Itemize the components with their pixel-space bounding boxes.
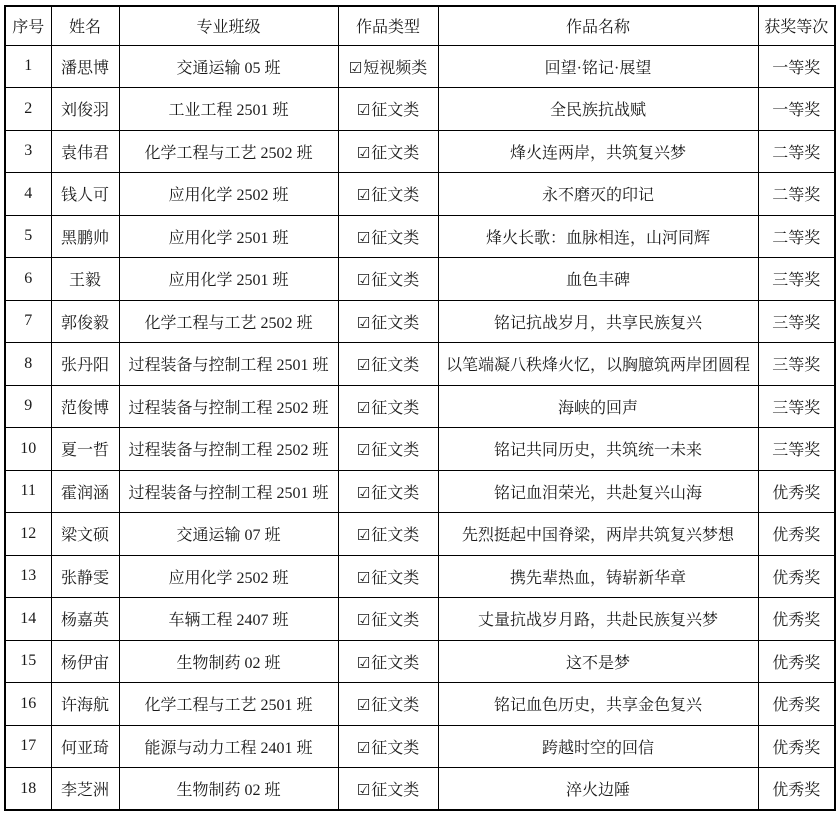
- work-type-label: 征文类: [371, 272, 419, 289]
- table-row: 13张静雯应用化学 2502 班☑征文类携先辈热血，铸崭新华章优秀奖: [5, 555, 835, 598]
- cell-name: 杨嘉英: [51, 598, 119, 641]
- table-row: 12梁文硕交通运输 07 班☑征文类先烈挺起中国脊梁，两岸共筑复兴梦想优秀奖: [5, 513, 835, 556]
- checkbox-checked-icon: ☑: [357, 569, 370, 587]
- work-type-label: 征文类: [371, 655, 419, 672]
- checkbox-checked-icon: ☑: [357, 654, 370, 672]
- cell-name: 霍润涵: [51, 470, 119, 513]
- checkbox-checked-icon: ☑: [357, 739, 370, 757]
- cell-work-type: ☑征文类: [338, 598, 438, 641]
- cell-serial: 2: [5, 88, 51, 131]
- cell-award: 三等奖: [758, 428, 835, 471]
- cell-work-title: 先烈挺起中国脊梁，两岸共筑复兴梦想: [438, 513, 758, 556]
- cell-award: 优秀奖: [758, 470, 835, 513]
- cell-work-title: 铭记抗战岁月，共享民族复兴: [438, 300, 758, 343]
- header-work-type: 作品类型: [338, 6, 438, 45]
- cell-name: 许海航: [51, 683, 119, 726]
- work-type-label: 征文类: [371, 400, 419, 417]
- cell-serial: 6: [5, 258, 51, 301]
- table-row: 3袁伟君化学工程与工艺 2502 班☑征文类烽火连两岸，共筑复兴梦二等奖: [5, 130, 835, 173]
- cell-class: 过程装备与控制工程 2501 班: [119, 343, 338, 386]
- cell-serial: 15: [5, 640, 51, 683]
- cell-serial: 7: [5, 300, 51, 343]
- cell-work-title: 铭记共同历史，共筑统一未来: [438, 428, 758, 471]
- cell-name: 郭俊毅: [51, 300, 119, 343]
- checkbox-checked-icon: ☑: [357, 101, 370, 119]
- cell-work-type: ☑征文类: [338, 258, 438, 301]
- cell-work-title: 回望·铭记·展望: [438, 45, 758, 88]
- cell-class: 生物制药 02 班: [119, 768, 338, 811]
- checkbox-checked-icon: ☑: [357, 611, 370, 629]
- checkbox-checked-icon: ☑: [357, 441, 370, 459]
- cell-name: 梁文硕: [51, 513, 119, 556]
- header-class: 专业班级: [119, 6, 338, 45]
- work-type-label: 征文类: [371, 315, 419, 332]
- work-type-label: 征文类: [371, 102, 419, 119]
- table-row: 2刘俊羽工业工程 2501 班☑征文类全民族抗战赋一等奖: [5, 88, 835, 131]
- cell-work-title: 携先辈热血，铸崭新华章: [438, 555, 758, 598]
- cell-class: 应用化学 2502 班: [119, 555, 338, 598]
- cell-award: 二等奖: [758, 130, 835, 173]
- table-row: 14杨嘉英车辆工程 2407 班☑征文类丈量抗战岁月路，共赴民族复兴梦优秀奖: [5, 598, 835, 641]
- cell-name: 刘俊羽: [51, 88, 119, 131]
- cell-name: 黑鹏帅: [51, 215, 119, 258]
- cell-serial: 9: [5, 385, 51, 428]
- work-type-label: 征文类: [371, 740, 419, 757]
- checkbox-checked-icon: ☑: [357, 781, 370, 799]
- table-row: 1潘思博交通运输 05 班☑短视频类回望·铭记·展望一等奖: [5, 45, 835, 88]
- cell-class: 工业工程 2501 班: [119, 88, 338, 131]
- header-row: 序号 姓名 专业班级 作品类型 作品名称 获奖等次: [5, 6, 835, 45]
- cell-work-title: 永不磨灭的印记: [438, 173, 758, 216]
- cell-award: 一等奖: [758, 45, 835, 88]
- table-row: 6王毅应用化学 2501 班☑征文类血色丰碑三等奖: [5, 258, 835, 301]
- checkbox-checked-icon: ☑: [349, 59, 362, 77]
- cell-award: 一等奖: [758, 88, 835, 131]
- cell-award: 优秀奖: [758, 640, 835, 683]
- cell-award: 优秀奖: [758, 725, 835, 768]
- table-row: 9范俊博过程装备与控制工程 2502 班☑征文类海峡的回声三等奖: [5, 385, 835, 428]
- cell-serial: 8: [5, 343, 51, 386]
- work-type-label: 征文类: [371, 442, 419, 459]
- cell-work-title: 跨越时空的回信: [438, 725, 758, 768]
- cell-work-title: 全民族抗战赋: [438, 88, 758, 131]
- cell-work-title: 海峡的回声: [438, 385, 758, 428]
- cell-serial: 12: [5, 513, 51, 556]
- header-award: 获奖等次: [758, 6, 835, 45]
- header-work-title: 作品名称: [438, 6, 758, 45]
- checkbox-checked-icon: ☑: [357, 356, 370, 374]
- table-row: 8张丹阳过程装备与控制工程 2501 班☑征文类以笔端凝八秩烽火忆，以胸臆筑两岸…: [5, 343, 835, 386]
- checkbox-checked-icon: ☑: [357, 144, 370, 162]
- cell-work-type: ☑征文类: [338, 215, 438, 258]
- cell-award: 三等奖: [758, 385, 835, 428]
- table-body: 1潘思博交通运输 05 班☑短视频类回望·铭记·展望一等奖2刘俊羽工业工程 25…: [5, 45, 835, 810]
- cell-class: 化学工程与工艺 2501 班: [119, 683, 338, 726]
- work-type-label: 征文类: [371, 230, 419, 247]
- work-type-label: 征文类: [371, 357, 419, 374]
- table-row: 15杨伊宙生物制药 02 班☑征文类这不是梦优秀奖: [5, 640, 835, 683]
- cell-work-type: ☑征文类: [338, 385, 438, 428]
- header-name: 姓名: [51, 6, 119, 45]
- cell-name: 潘思博: [51, 45, 119, 88]
- cell-class: 生物制药 02 班: [119, 640, 338, 683]
- cell-name: 钱人可: [51, 173, 119, 216]
- cell-work-title: 这不是梦: [438, 640, 758, 683]
- cell-name: 张静雯: [51, 555, 119, 598]
- awards-table: 序号 姓名 专业班级 作品类型 作品名称 获奖等次 1潘思博交通运输 05 班☑…: [4, 5, 836, 811]
- cell-class: 过程装备与控制工程 2502 班: [119, 385, 338, 428]
- cell-award: 优秀奖: [758, 598, 835, 641]
- cell-class: 车辆工程 2407 班: [119, 598, 338, 641]
- cell-work-type: ☑征文类: [338, 555, 438, 598]
- cell-award: 三等奖: [758, 343, 835, 386]
- table-row: 18李芝洲生物制药 02 班☑征文类淬火边陲优秀奖: [5, 768, 835, 811]
- cell-serial: 1: [5, 45, 51, 88]
- cell-name: 张丹阳: [51, 343, 119, 386]
- table-row: 11霍润涵过程装备与控制工程 2501 班☑征文类铭记血泪荣光，共赴复兴山海优秀…: [5, 470, 835, 513]
- cell-work-type: ☑征文类: [338, 300, 438, 343]
- table-row: 16许海航化学工程与工艺 2501 班☑征文类铭记血色历史，共享金色复兴优秀奖: [5, 683, 835, 726]
- cell-serial: 10: [5, 428, 51, 471]
- document-page: 序号 姓名 专业班级 作品类型 作品名称 获奖等次 1潘思博交通运输 05 班☑…: [0, 0, 838, 816]
- checkbox-checked-icon: ☑: [357, 229, 370, 247]
- cell-class: 应用化学 2502 班: [119, 173, 338, 216]
- table-row: 10夏一哲过程装备与控制工程 2502 班☑征文类铭记共同历史，共筑统一未来三等…: [5, 428, 835, 471]
- cell-class: 过程装备与控制工程 2501 班: [119, 470, 338, 513]
- checkbox-checked-icon: ☑: [357, 186, 370, 204]
- cell-work-type: ☑征文类: [338, 640, 438, 683]
- cell-serial: 13: [5, 555, 51, 598]
- cell-award: 优秀奖: [758, 513, 835, 556]
- cell-work-type: ☑征文类: [338, 683, 438, 726]
- work-type-label: 征文类: [371, 145, 419, 162]
- cell-work-type: ☑征文类: [338, 768, 438, 811]
- cell-work-type: ☑征文类: [338, 725, 438, 768]
- cell-class: 化学工程与工艺 2502 班: [119, 300, 338, 343]
- cell-work-type: ☑征文类: [338, 513, 438, 556]
- cell-name: 袁伟君: [51, 130, 119, 173]
- cell-work-title: 铭记血泪荣光，共赴复兴山海: [438, 470, 758, 513]
- cell-award: 优秀奖: [758, 683, 835, 726]
- cell-work-title: 烽火长歌：血脉相连，山河同辉: [438, 215, 758, 258]
- cell-work-type: ☑征文类: [338, 130, 438, 173]
- cell-class: 过程装备与控制工程 2502 班: [119, 428, 338, 471]
- checkbox-checked-icon: ☑: [357, 314, 370, 332]
- cell-work-title: 淬火边陲: [438, 768, 758, 811]
- checkbox-checked-icon: ☑: [357, 484, 370, 502]
- cell-class: 化学工程与工艺 2502 班: [119, 130, 338, 173]
- cell-work-type: ☑征文类: [338, 88, 438, 131]
- work-type-label: 短视频类: [363, 60, 427, 77]
- work-type-label: 征文类: [371, 697, 419, 714]
- cell-serial: 4: [5, 173, 51, 216]
- table-row: 7郭俊毅化学工程与工艺 2502 班☑征文类铭记抗战岁月，共享民族复兴三等奖: [5, 300, 835, 343]
- checkbox-checked-icon: ☑: [357, 526, 370, 544]
- cell-work-title: 丈量抗战岁月路，共赴民族复兴梦: [438, 598, 758, 641]
- cell-work-type: ☑征文类: [338, 470, 438, 513]
- cell-work-title: 铭记血色历史，共享金色复兴: [438, 683, 758, 726]
- cell-award: 三等奖: [758, 300, 835, 343]
- cell-award: 二等奖: [758, 173, 835, 216]
- cell-class: 应用化学 2501 班: [119, 258, 338, 301]
- table-row: 5黑鹏帅应用化学 2501 班☑征文类烽火长歌：血脉相连，山河同辉二等奖: [5, 215, 835, 258]
- cell-serial: 17: [5, 725, 51, 768]
- work-type-label: 征文类: [371, 782, 419, 799]
- cell-award: 优秀奖: [758, 768, 835, 811]
- header-serial: 序号: [5, 6, 51, 45]
- cell-name: 何亚琦: [51, 725, 119, 768]
- cell-work-title: 血色丰碑: [438, 258, 758, 301]
- cell-class: 应用化学 2501 班: [119, 215, 338, 258]
- cell-award: 二等奖: [758, 215, 835, 258]
- cell-serial: 11: [5, 470, 51, 513]
- work-type-label: 征文类: [371, 570, 419, 587]
- cell-class: 能源与动力工程 2401 班: [119, 725, 338, 768]
- cell-name: 范俊博: [51, 385, 119, 428]
- cell-serial: 16: [5, 683, 51, 726]
- cell-name: 夏一哲: [51, 428, 119, 471]
- cell-name: 杨伊宙: [51, 640, 119, 683]
- cell-award: 优秀奖: [758, 555, 835, 598]
- cell-work-type: ☑征文类: [338, 173, 438, 216]
- cell-serial: 18: [5, 768, 51, 811]
- cell-work-title: 烽火连两岸，共筑复兴梦: [438, 130, 758, 173]
- cell-name: 李芝洲: [51, 768, 119, 811]
- cell-award: 三等奖: [758, 258, 835, 301]
- checkbox-checked-icon: ☑: [357, 399, 370, 417]
- cell-class: 交通运输 07 班: [119, 513, 338, 556]
- work-type-label: 征文类: [371, 485, 419, 502]
- checkbox-checked-icon: ☑: [357, 696, 370, 714]
- cell-work-title: 以笔端凝八秩烽火忆，以胸臆筑两岸团圆程: [438, 343, 758, 386]
- cell-serial: 14: [5, 598, 51, 641]
- work-type-label: 征文类: [371, 187, 419, 204]
- cell-class: 交通运输 05 班: [119, 45, 338, 88]
- cell-serial: 5: [5, 215, 51, 258]
- cell-work-type: ☑征文类: [338, 343, 438, 386]
- work-type-label: 征文类: [371, 527, 419, 544]
- table-row: 4钱人可应用化学 2502 班☑征文类永不磨灭的印记二等奖: [5, 173, 835, 216]
- cell-work-type: ☑征文类: [338, 428, 438, 471]
- cell-work-type: ☑短视频类: [338, 45, 438, 88]
- work-type-label: 征文类: [371, 612, 419, 629]
- table-row: 17何亚琦能源与动力工程 2401 班☑征文类跨越时空的回信优秀奖: [5, 725, 835, 768]
- cell-name: 王毅: [51, 258, 119, 301]
- cell-serial: 3: [5, 130, 51, 173]
- checkbox-checked-icon: ☑: [357, 271, 370, 289]
